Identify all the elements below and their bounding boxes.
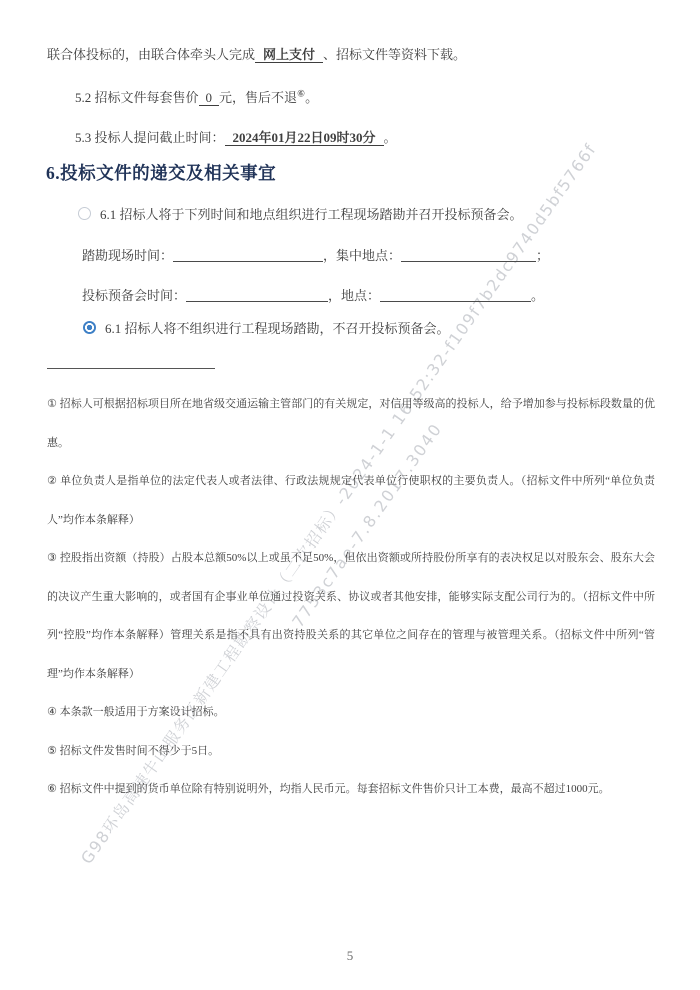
footnote-text: 招标文件发售时间不得少于5日。 — [60, 745, 220, 757]
survey-time-field — [173, 248, 323, 262]
site-visit-option-label: 6.1 招标人将于下列时间和地点组织进行工程现场踏勘并召开投标预备会。 — [100, 204, 523, 223]
deadline-underlined-value: 2024年01月22日09时30分 — [225, 130, 384, 146]
footnotes-section: ① 招标人可根据招标项目所在地省级交通运输主管部门的有关规定，对信用等级高的投标… — [47, 385, 655, 809]
footnote-marker: ⑥ — [47, 782, 57, 795]
footnote-ref-6: ⑥ — [297, 89, 305, 99]
footnote-text: 本条款一般适用于方案设计招标。 — [60, 706, 225, 718]
intro-suffix: 、招标文件等资料下载。 — [323, 47, 466, 62]
footnote-text: 招标人可根据招标项目所在地省级交通运输主管部门的有关规定，对信用等级高的投标人，… — [47, 398, 655, 449]
meeting-place-field — [380, 288, 531, 302]
section-6-title: 6.投标文件的递交及相关事宜 — [46, 160, 276, 185]
footnote-marker: ③ — [47, 551, 57, 564]
clause-5-2-suffix: 。 — [305, 90, 318, 105]
clause-5-3-prefix: 5.3 投标人提问截止时间： — [75, 130, 225, 145]
survey-place-field — [401, 248, 536, 262]
footnote-text: 招标文件中提到的货币单位除有特别说明外，均指人民币元。每套招标文件售价只计工本费… — [60, 783, 610, 795]
footnote-item: ⑥ 招标文件中提到的货币单位除有特别说明外，均指人民币元。每套招标文件售价只计工… — [47, 770, 655, 809]
meeting-time-label: 投标预备会时间： — [82, 288, 186, 303]
meeting-end-punct: 。 — [531, 288, 544, 303]
footnote-item: ⑤ 招标文件发售时间不得少于5日。 — [47, 732, 655, 771]
option-no-site-visit-row: 6.1 招标人将不组织进行工程现场踏勘，不召开投标预备会。 — [83, 318, 450, 337]
clause-5-3: 5.3 投标人提问截止时间：2024年01月22日09时30分。 — [75, 129, 397, 146]
footnote-item: ④ 本条款一般适用于方案设计招标。 — [47, 693, 655, 732]
online-payment-underlined-value: 网上支付 — [255, 47, 323, 63]
intro-paragraph: 联合体投标的，由联合体牵头人完成网上支付、招标文件等资料下载。 — [47, 46, 466, 63]
footnote-item: ③ 控股指出资额（持股）占股本总额50%以上或虽不足50%，但依出资额或所持股份… — [47, 539, 655, 693]
price-underlined-value: 0 — [199, 90, 220, 106]
no-site-visit-radio[interactable] — [83, 321, 96, 334]
meeting-fields-row: 投标预备会时间：，地点：。 — [82, 287, 544, 304]
clause-5-2: 5.2 招标文件每套售价0元，售后不退⑥。 — [75, 89, 318, 106]
intro-prefix: 联合体投标的，由联合体牵头人完成 — [47, 47, 255, 62]
footnote-separator — [47, 368, 215, 369]
footnote-marker: ④ — [47, 705, 57, 718]
option-site-visit-row: 6.1 招标人将于下列时间和地点组织进行工程现场踏勘并召开投标预备会。 — [78, 204, 523, 223]
clause-5-3-suffix: 。 — [384, 130, 397, 145]
meeting-time-field — [186, 288, 328, 302]
document-page: G98环岛高速牛山服务区新建工程勘察设计（二次招标）-2024-1-1 16:5… — [0, 0, 700, 990]
no-site-visit-option-label: 6.1 招标人将不组织进行工程现场踏勘，不召开投标预备会。 — [105, 318, 450, 337]
footnote-item: ② 单位负责人是指单位的法定代表人或者法律、行政法规规定代表单位行使职权的主要负… — [47, 462, 655, 539]
footnote-marker: ⑤ — [47, 744, 57, 757]
footnote-item: ① 招标人可根据招标项目所在地省级交通运输主管部门的有关规定，对信用等级高的投标… — [47, 385, 655, 462]
footnote-marker: ① — [47, 397, 57, 410]
survey-separator: ，集中地点： — [323, 248, 401, 263]
clause-5-2-prefix: 5.2 招标文件每套售价 — [75, 90, 199, 105]
survey-time-label: 踏勘现场时间： — [82, 248, 173, 263]
survey-end-punct: ； — [536, 248, 549, 263]
meeting-separator: ，地点： — [328, 288, 380, 303]
survey-fields-row: 踏勘现场时间：，集中地点：； — [82, 247, 549, 264]
footnote-text: 控股指出资额（持股）占股本总额50%以上或虽不足50%，但依出资额或所持股份所享… — [47, 552, 655, 680]
clause-5-2-middle: 元，售后不退 — [219, 90, 297, 105]
site-visit-radio[interactable] — [78, 207, 91, 220]
page-number: 5 — [0, 948, 700, 964]
footnote-text: 单位负责人是指单位的法定代表人或者法律、行政法规规定代表单位行使职权的主要负责人… — [47, 475, 655, 526]
footnote-marker: ② — [47, 474, 57, 487]
